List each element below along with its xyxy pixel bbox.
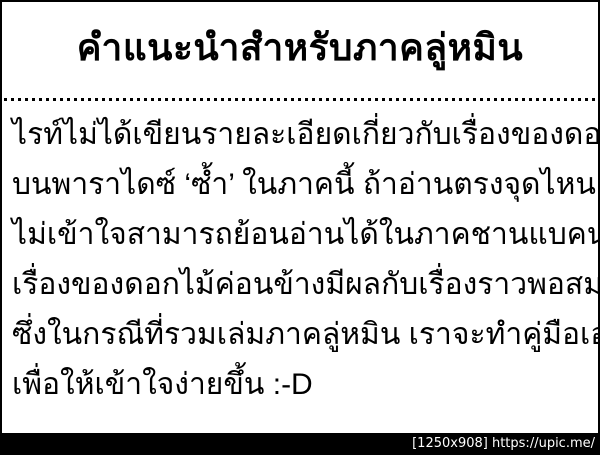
body-line: ไม่เข้าใจสามารถย้อนอ่านได้ในภาคชานแบคนะค… [12,210,590,260]
notice-card: คำแนะนำสำหรับภาคลู่หมิน ไรท์ไม่ได้เขียนร… [0,0,600,455]
page-title: คำแนะนำสำหรับภาคลู่หมิน [2,20,598,76]
watermark-text: [1250x908] https://upic.me/ [412,436,595,451]
watermark-bar: [1250x908] https://upic.me/ [2,433,598,455]
dotted-divider [4,98,596,101]
body-line: บนพาราไดซ์ ‘ซ้ำ’ ในภาคนี้ ถ้าอ่านตรงจุดไ… [12,160,590,210]
body-line: เรื่องของดอกไม้ค่อนข้างมีผลกับเรื่องราวพ… [12,260,590,310]
body-line: ซึ่งในกรณีที่รวมเล่มภาคลู่หมิน เราจะทำคู… [12,310,590,360]
body-line: เพื่อให้เข้าใจง่ายขึ้น :-D [12,360,590,410]
body-line: ไรท์ไม่ได้เขียนรายละเอียดเกี่ยวกับเรื่อง… [12,110,590,160]
body-text: ไรท์ไม่ได้เขียนรายละเอียดเกี่ยวกับเรื่อง… [12,110,590,410]
